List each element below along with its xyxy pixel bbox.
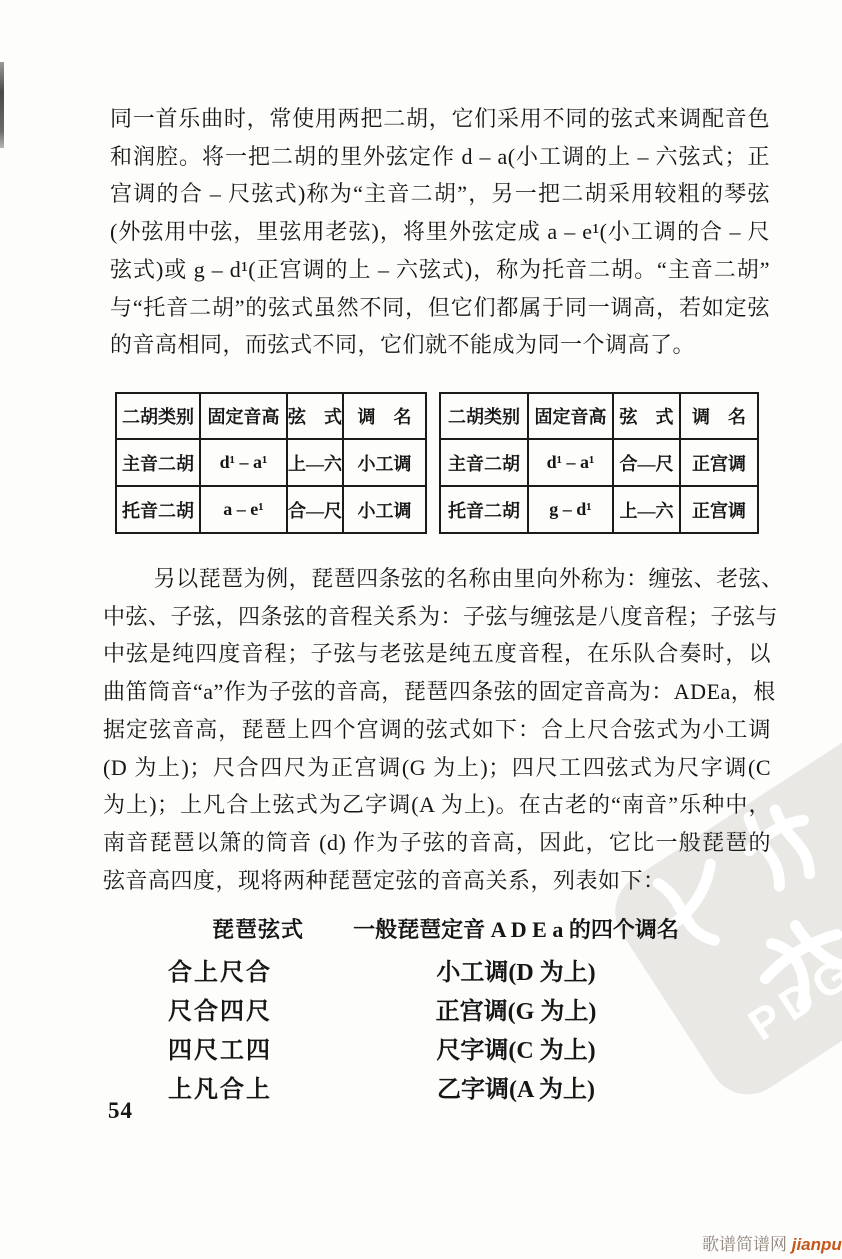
table-cell: 小工调: [343, 439, 426, 486]
table-cell: 正宫调: [680, 439, 758, 486]
list-row: 尺合四尺 正宫调(G 为上): [168, 989, 684, 1028]
table-cell: 上—六: [287, 439, 343, 486]
table-header-cell: 调 名: [680, 393, 758, 439]
table-cell: d¹ – a¹: [200, 439, 287, 486]
text-line: 弦式)或 g – d¹(正宫调的上 – 六弦式)，称为托音二胡。“主音二胡”: [110, 251, 770, 289]
text-line: 同一首乐曲时，常使用两把二胡，它们采用不同的弦式来调配音色: [110, 100, 770, 138]
site-watermark-name: 歌谱简谱网: [702, 1235, 787, 1254]
table-cell: g – d¹: [528, 486, 613, 533]
table-cell: 正宫调: [680, 486, 758, 533]
erhu-tables-row: 二胡类别 固定音高 弦 式 调 名 主音二胡 d¹ – a¹ 上—六 小工调 托…: [115, 392, 759, 534]
table-cell: 小工调: [343, 486, 426, 533]
book-page: PDG 同一首乐曲时，常使用两把二胡，它们采用不同的弦式来调配音色 和润腔。将一…: [0, 0, 842, 1259]
list-cell-diaoming: 乙字调(A 为上): [348, 1069, 684, 1104]
list-cell-xianshi: 上凡合上: [168, 1069, 348, 1104]
table-cell: 合—尺: [287, 486, 343, 533]
list-cell-diaoming: 正宫调(G 为上): [348, 991, 684, 1026]
list-cell-diaoming: 小工调(D 为上): [348, 952, 684, 987]
text-line: 另以琵琶为例，琵琶四条弦的名称由里向外称为：缠弦、老弦、: [103, 560, 771, 598]
table-cell: 上—六: [613, 486, 680, 533]
table-cell: 主音二胡: [440, 439, 528, 486]
table-header-cell: 弦 式: [287, 393, 343, 439]
paragraph-pipa: 另以琵琶为例，琵琶四条弦的名称由里向外称为：缠弦、老弦、 中弦、子弦，四条弦的音…: [103, 560, 771, 899]
table-header-cell: 调 名: [343, 393, 426, 439]
text-line: 宫调的合 – 尺弦式)称为“主音二胡”，另一把二胡采用较粗的琴弦: [110, 175, 770, 213]
table-cell: 托音二胡: [116, 486, 200, 533]
list-cell-xianshi: 四尺工四: [168, 1030, 348, 1065]
table-cell: 主音二胡: [116, 439, 200, 486]
list-cell-xianshi: 尺合四尺: [168, 991, 348, 1026]
list-row: 上凡合上 乙字调(A 为上): [168, 1067, 684, 1106]
table-header-cell: 二胡类别: [116, 393, 200, 439]
site-watermark: 歌谱简谱网 jianpu.cn: [702, 1230, 842, 1255]
table-cell: a – e¹: [200, 486, 287, 533]
table-cell: 托音二胡: [440, 486, 528, 533]
list-header-diaoming: 一般琵琶定音 A D E a 的四个调名: [348, 913, 684, 944]
text-line: 和润腔。将一把二胡的里外弦定作 d – a(小工调的上 – 六弦式；正: [110, 138, 770, 176]
list-cell-xianshi: 合上尺合: [168, 952, 348, 987]
text-line: 为上)；上凡合上弦式为乙字调(A 为上)。在古老的“南音”乐种中，: [103, 786, 771, 824]
text-line: 据定弦音高，琵琶上四个宫调的弦式如下：合上尺合弦式为小工调: [103, 711, 771, 749]
text-line: 弦音高四度，现将两种琵琶定弦的音高关系，列表如下：: [103, 862, 771, 900]
pipa-tuning-list: 琵琶弦式 一般琵琶定音 A D E a 的四个调名 合上尺合 小工调(D 为上)…: [168, 906, 684, 1106]
list-row: 四尺工四 尺字调(C 为上): [168, 1028, 684, 1067]
text-line: (D 为上)；尺合四尺为正宫调(G 为上)；四尺工四弦式为尺字调(C: [103, 749, 771, 787]
page-number: 54: [108, 1098, 133, 1124]
list-header-xianshi: 琵琶弦式: [168, 913, 348, 944]
paragraph-erhu: 同一首乐曲时，常使用两把二胡，它们采用不同的弦式来调配音色 和润腔。将一把二胡的…: [110, 100, 770, 364]
table-header-cell: 二胡类别: [440, 393, 528, 439]
table-header-cell: 固定音高: [200, 393, 287, 439]
text-line: 中弦是纯四度音程；子弦与老弦是纯五度音程，在乐队合奏时，以: [103, 635, 771, 673]
text-line: 中弦、子弦，四条弦的音程关系为：子弦与缠弦是八度音程；子弦与: [103, 598, 771, 636]
table-cell: 合—尺: [613, 439, 680, 486]
list-cell-diaoming: 尺字调(C 为上): [348, 1030, 684, 1065]
erhu-table-left: 二胡类别 固定音高 弦 式 调 名 主音二胡 d¹ – a¹ 上—六 小工调 托…: [115, 392, 427, 534]
text-line: 曲笛筒音“a”作为子弦的音高，琵琶四条弦的固定音高为：ADEa，根: [103, 673, 771, 711]
text-line: (外弦用中弦，里弦用老弦)，将里外弦定成 a – e¹(小工调的合 – 尺: [110, 213, 770, 251]
text-line: 南音琵琶以箫的筒音 (d) 作为子弦的音高，因此，它比一般琵琶的: [103, 824, 771, 862]
erhu-table-right: 二胡类别 固定音高 弦 式 调 名 主音二胡 d¹ – a¹ 合—尺 正宫调 托…: [439, 392, 759, 534]
site-watermark-url: jianpu.cn: [792, 1235, 842, 1254]
text-line: 与“托音二胡”的弦式虽然不同，但它们都属于同一调高，若如定弦: [110, 289, 770, 327]
text-line: 的音高相同，而弦式不同，它们就不能成为同一个调高了。: [110, 326, 770, 364]
table-cell: d¹ – a¹: [528, 439, 613, 486]
list-header-row: 琵琶弦式 一般琵琶定音 A D E a 的四个调名: [168, 906, 684, 950]
list-row: 合上尺合 小工调(D 为上): [168, 950, 684, 989]
table-header-cell: 弦 式: [613, 393, 680, 439]
table-header-cell: 固定音高: [528, 393, 613, 439]
scan-edge-artifact: [0, 62, 4, 148]
